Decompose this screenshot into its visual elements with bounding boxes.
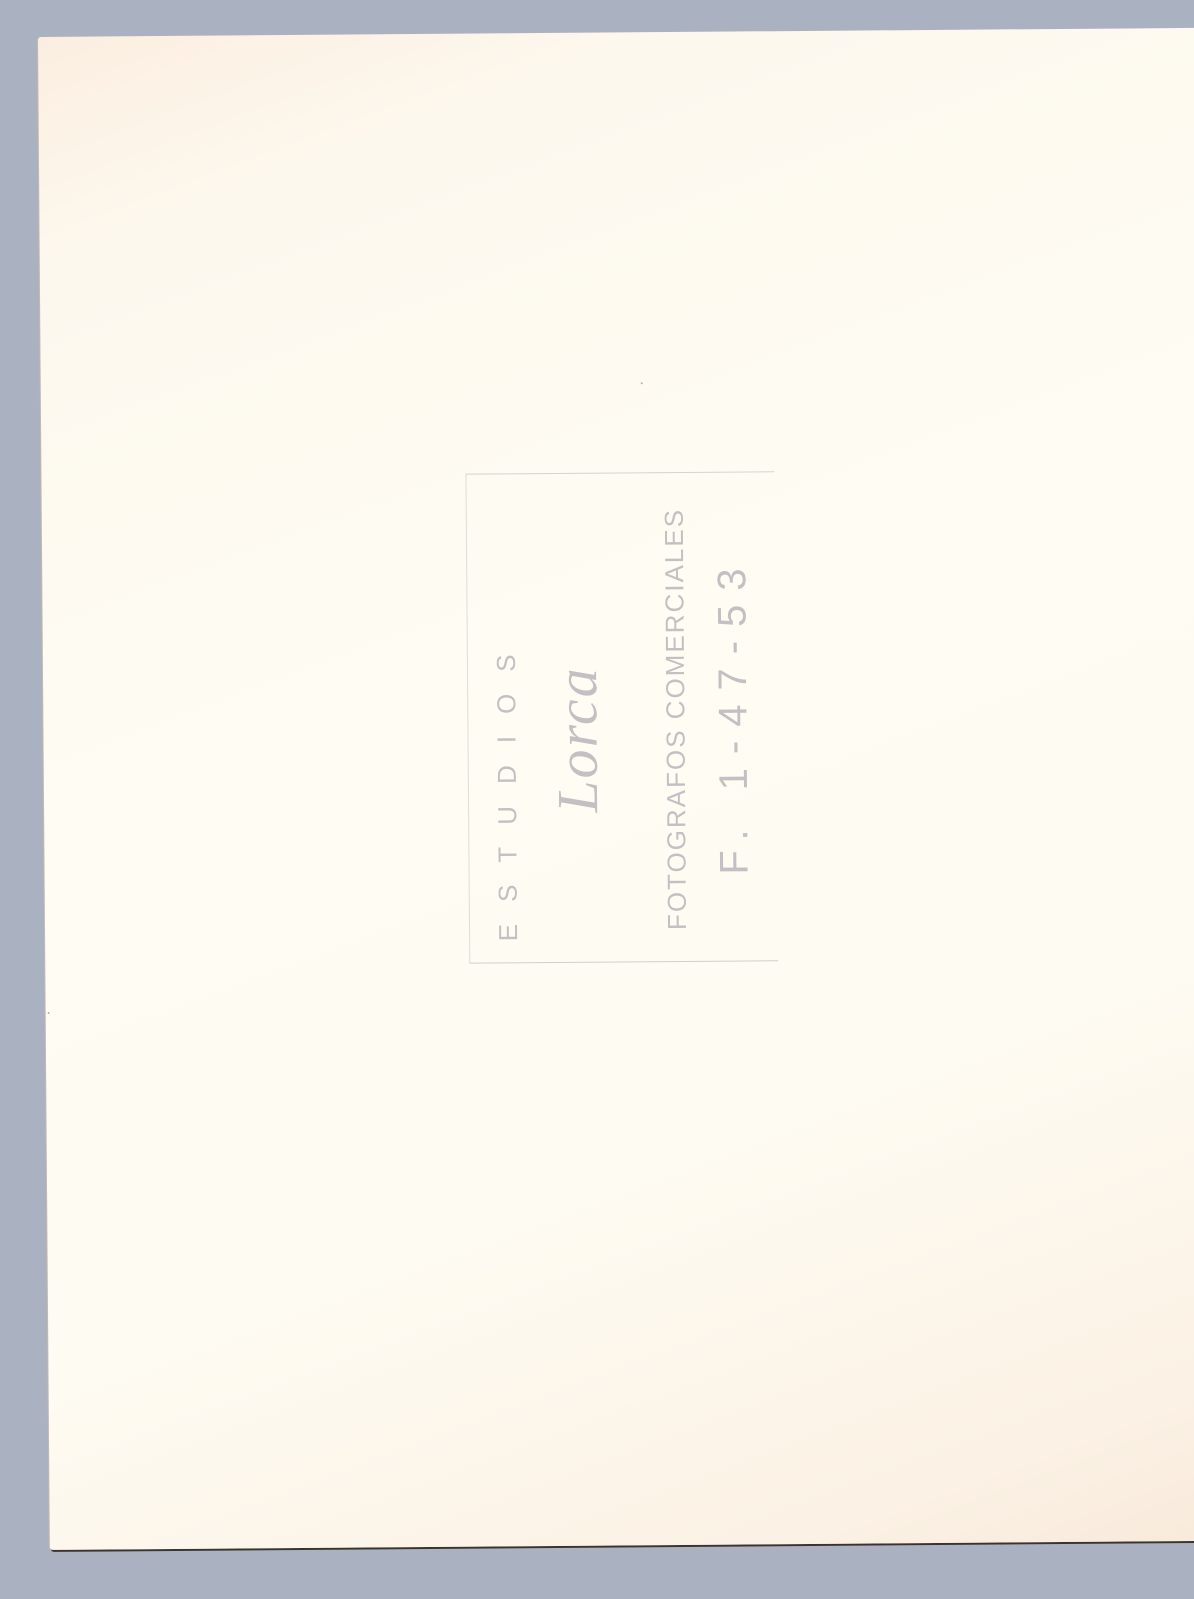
photo-back-paper: ESTUDIOS Lorca FOTOGRAFOS COMERCIALES F.…	[38, 28, 1194, 1550]
stamp-tagline: FOTOGRAFOS COMERCIALES	[659, 508, 693, 930]
paper-speck	[48, 1012, 50, 1014]
stamp-phone-number: F. 1-47-53	[710, 554, 758, 874]
stamp-studios-label: ESTUDIOS	[491, 632, 524, 941]
paper-speck	[641, 382, 643, 384]
stamp-studio-name: Lorca	[543, 666, 611, 813]
